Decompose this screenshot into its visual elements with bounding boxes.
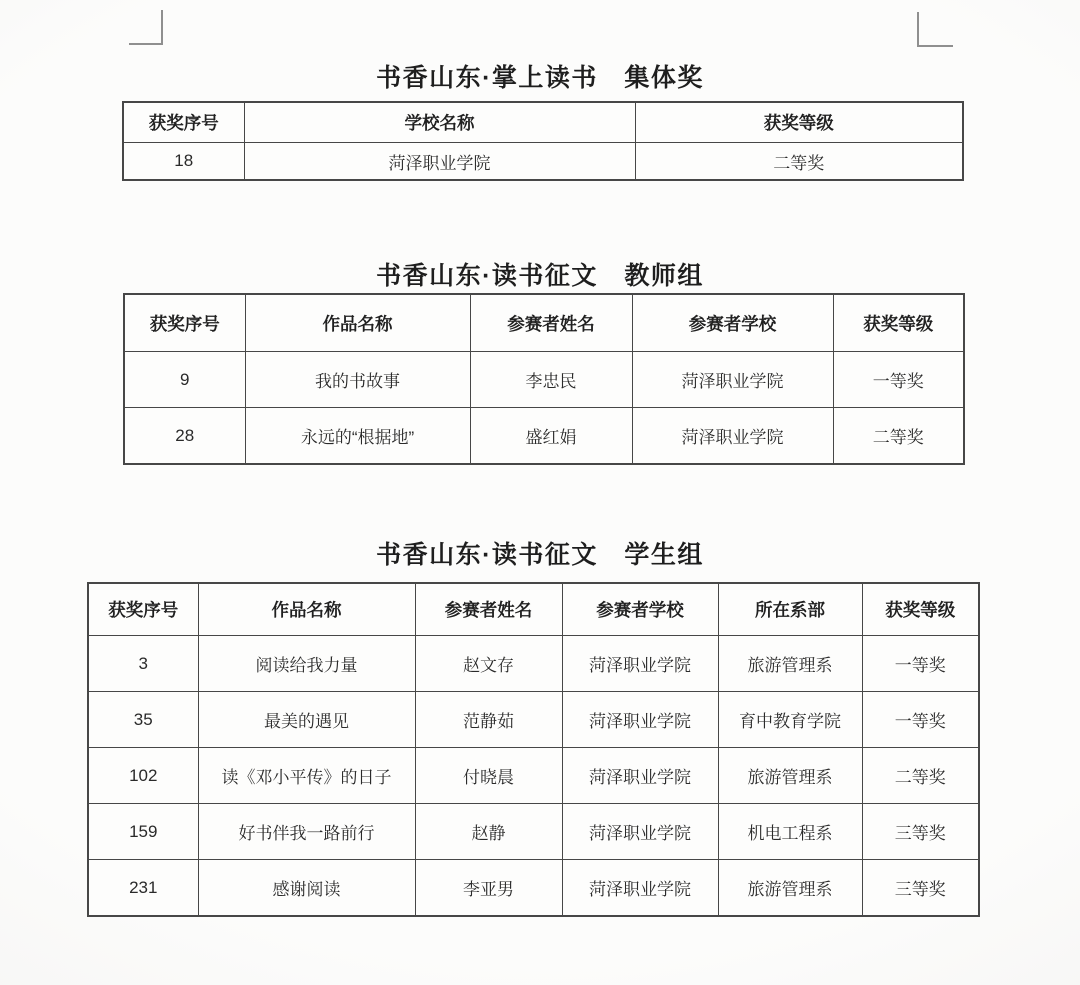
cell-award-number: 28 <box>124 408 245 465</box>
cell-participant-school: 菏泽职业学院 <box>562 636 718 692</box>
cell-award-level: 二等奖 <box>833 408 964 465</box>
cell-participant-name: 范静茹 <box>415 692 562 748</box>
cell-award-number: 159 <box>88 804 198 860</box>
table-row: 3 阅读给我力量 赵文存 菏泽职业学院 旅游管理系 一等奖 <box>88 636 979 692</box>
cell-award-number: 231 <box>88 860 198 917</box>
teacher-group-table: 获奖序号 作品名称 参赛者姓名 参赛者学校 获奖等级 9 我的书故事 李忠民 菏… <box>123 293 965 465</box>
cell-participant-name: 赵静 <box>415 804 562 860</box>
column-header-participant-name: 参赛者姓名 <box>470 294 632 352</box>
document-page: 书香山东·掌上读书 集体奖 获奖序号 学校名称 获奖等级 18 菏泽职业学院 二… <box>0 0 1080 985</box>
column-header-participant-school: 参赛者学校 <box>632 294 833 352</box>
cell-participant-name: 盛红娟 <box>470 408 632 465</box>
table-row: 35 最美的遇见 范静茹 菏泽职业学院 育中教育学院 一等奖 <box>88 692 979 748</box>
cell-participant-name: 付晓晨 <box>415 748 562 804</box>
column-header-work-title: 作品名称 <box>198 583 415 636</box>
section-title-collective-award: 书香山东·掌上读书 集体奖 <box>0 58 1080 94</box>
header-row: 获奖序号 作品名称 参赛者姓名 参赛者学校 所在系部 获奖等级 <box>88 583 979 636</box>
cell-award-level: 一等奖 <box>833 352 964 408</box>
cell-award-level: 一等奖 <box>862 692 979 748</box>
cell-award-level: 三等奖 <box>862 860 979 917</box>
cell-department: 旅游管理系 <box>718 860 862 917</box>
section-title-teacher-group: 书香山东·读书征文 教师组 <box>0 256 1080 292</box>
collective-award-table: 获奖序号 学校名称 获奖等级 18 菏泽职业学院 二等奖 <box>122 101 964 181</box>
cell-participant-name: 李忠民 <box>470 352 632 408</box>
column-header-participant-name: 参赛者姓名 <box>415 583 562 636</box>
cell-work-title: 阅读给我力量 <box>198 636 415 692</box>
cell-work-title: 读《邓小平传》的日子 <box>198 748 415 804</box>
cell-department: 旅游管理系 <box>718 636 862 692</box>
cell-participant-school: 菏泽职业学院 <box>632 352 833 408</box>
column-header-award-level: 获奖等级 <box>862 583 979 636</box>
table-row: 102 读《邓小平传》的日子 付晓晨 菏泽职业学院 旅游管理系 二等奖 <box>88 748 979 804</box>
cell-award-level: 二等奖 <box>862 748 979 804</box>
header-row: 获奖序号 学校名称 获奖等级 <box>123 102 963 143</box>
column-header-award-level: 获奖等级 <box>635 102 963 143</box>
cell-department: 育中教育学院 <box>718 692 862 748</box>
cell-participant-name: 赵文存 <box>415 636 562 692</box>
cell-participant-name: 李亚男 <box>415 860 562 917</box>
cell-award-level: 三等奖 <box>862 804 979 860</box>
cell-work-title: 我的书故事 <box>245 352 470 408</box>
cell-work-title: 永远的“根据地” <box>245 408 470 465</box>
student-group-table: 获奖序号 作品名称 参赛者姓名 参赛者学校 所在系部 获奖等级 3 阅读给我力量… <box>87 582 980 917</box>
cell-award-number: 102 <box>88 748 198 804</box>
cell-award-level: 一等奖 <box>862 636 979 692</box>
column-header-school-name: 学校名称 <box>244 102 635 143</box>
cell-participant-school: 菏泽职业学院 <box>562 748 718 804</box>
table-row: 18 菏泽职业学院 二等奖 <box>123 143 963 181</box>
table-row: 159 好书伴我一路前行 赵静 菏泽职业学院 机电工程系 三等奖 <box>88 804 979 860</box>
page-corner-mark-left-icon <box>129 10 163 45</box>
cell-participant-school: 菏泽职业学院 <box>562 804 718 860</box>
cell-participant-school: 菏泽职业学院 <box>632 408 833 465</box>
cell-award-number: 35 <box>88 692 198 748</box>
cell-award-number: 3 <box>88 636 198 692</box>
cell-department: 机电工程系 <box>718 804 862 860</box>
cell-work-title: 感谢阅读 <box>198 860 415 917</box>
page-corner-mark-right-icon <box>917 12 953 47</box>
cell-school-name: 菏泽职业学院 <box>244 143 635 181</box>
column-header-participant-school: 参赛者学校 <box>562 583 718 636</box>
cell-participant-school: 菏泽职业学院 <box>562 692 718 748</box>
cell-department: 旅游管理系 <box>718 748 862 804</box>
column-header-award-number: 获奖序号 <box>88 583 198 636</box>
section-title-student-group: 书香山东·读书征文 学生组 <box>0 535 1080 571</box>
cell-work-title: 最美的遇见 <box>198 692 415 748</box>
column-header-award-number: 获奖序号 <box>123 102 244 143</box>
column-header-department: 所在系部 <box>718 583 862 636</box>
column-header-award-number: 获奖序号 <box>124 294 245 352</box>
column-header-award-level: 获奖等级 <box>833 294 964 352</box>
cell-award-level: 二等奖 <box>635 143 963 181</box>
cell-award-number: 9 <box>124 352 245 408</box>
cell-award-number: 18 <box>123 143 244 181</box>
table-row: 9 我的书故事 李忠民 菏泽职业学院 一等奖 <box>124 352 964 408</box>
table-row: 28 永远的“根据地” 盛红娟 菏泽职业学院 二等奖 <box>124 408 964 465</box>
table-row: 231 感谢阅读 李亚男 菏泽职业学院 旅游管理系 三等奖 <box>88 860 979 917</box>
cell-work-title: 好书伴我一路前行 <box>198 804 415 860</box>
header-row: 获奖序号 作品名称 参赛者姓名 参赛者学校 获奖等级 <box>124 294 964 352</box>
cell-participant-school: 菏泽职业学院 <box>562 860 718 917</box>
column-header-work-title: 作品名称 <box>245 294 470 352</box>
